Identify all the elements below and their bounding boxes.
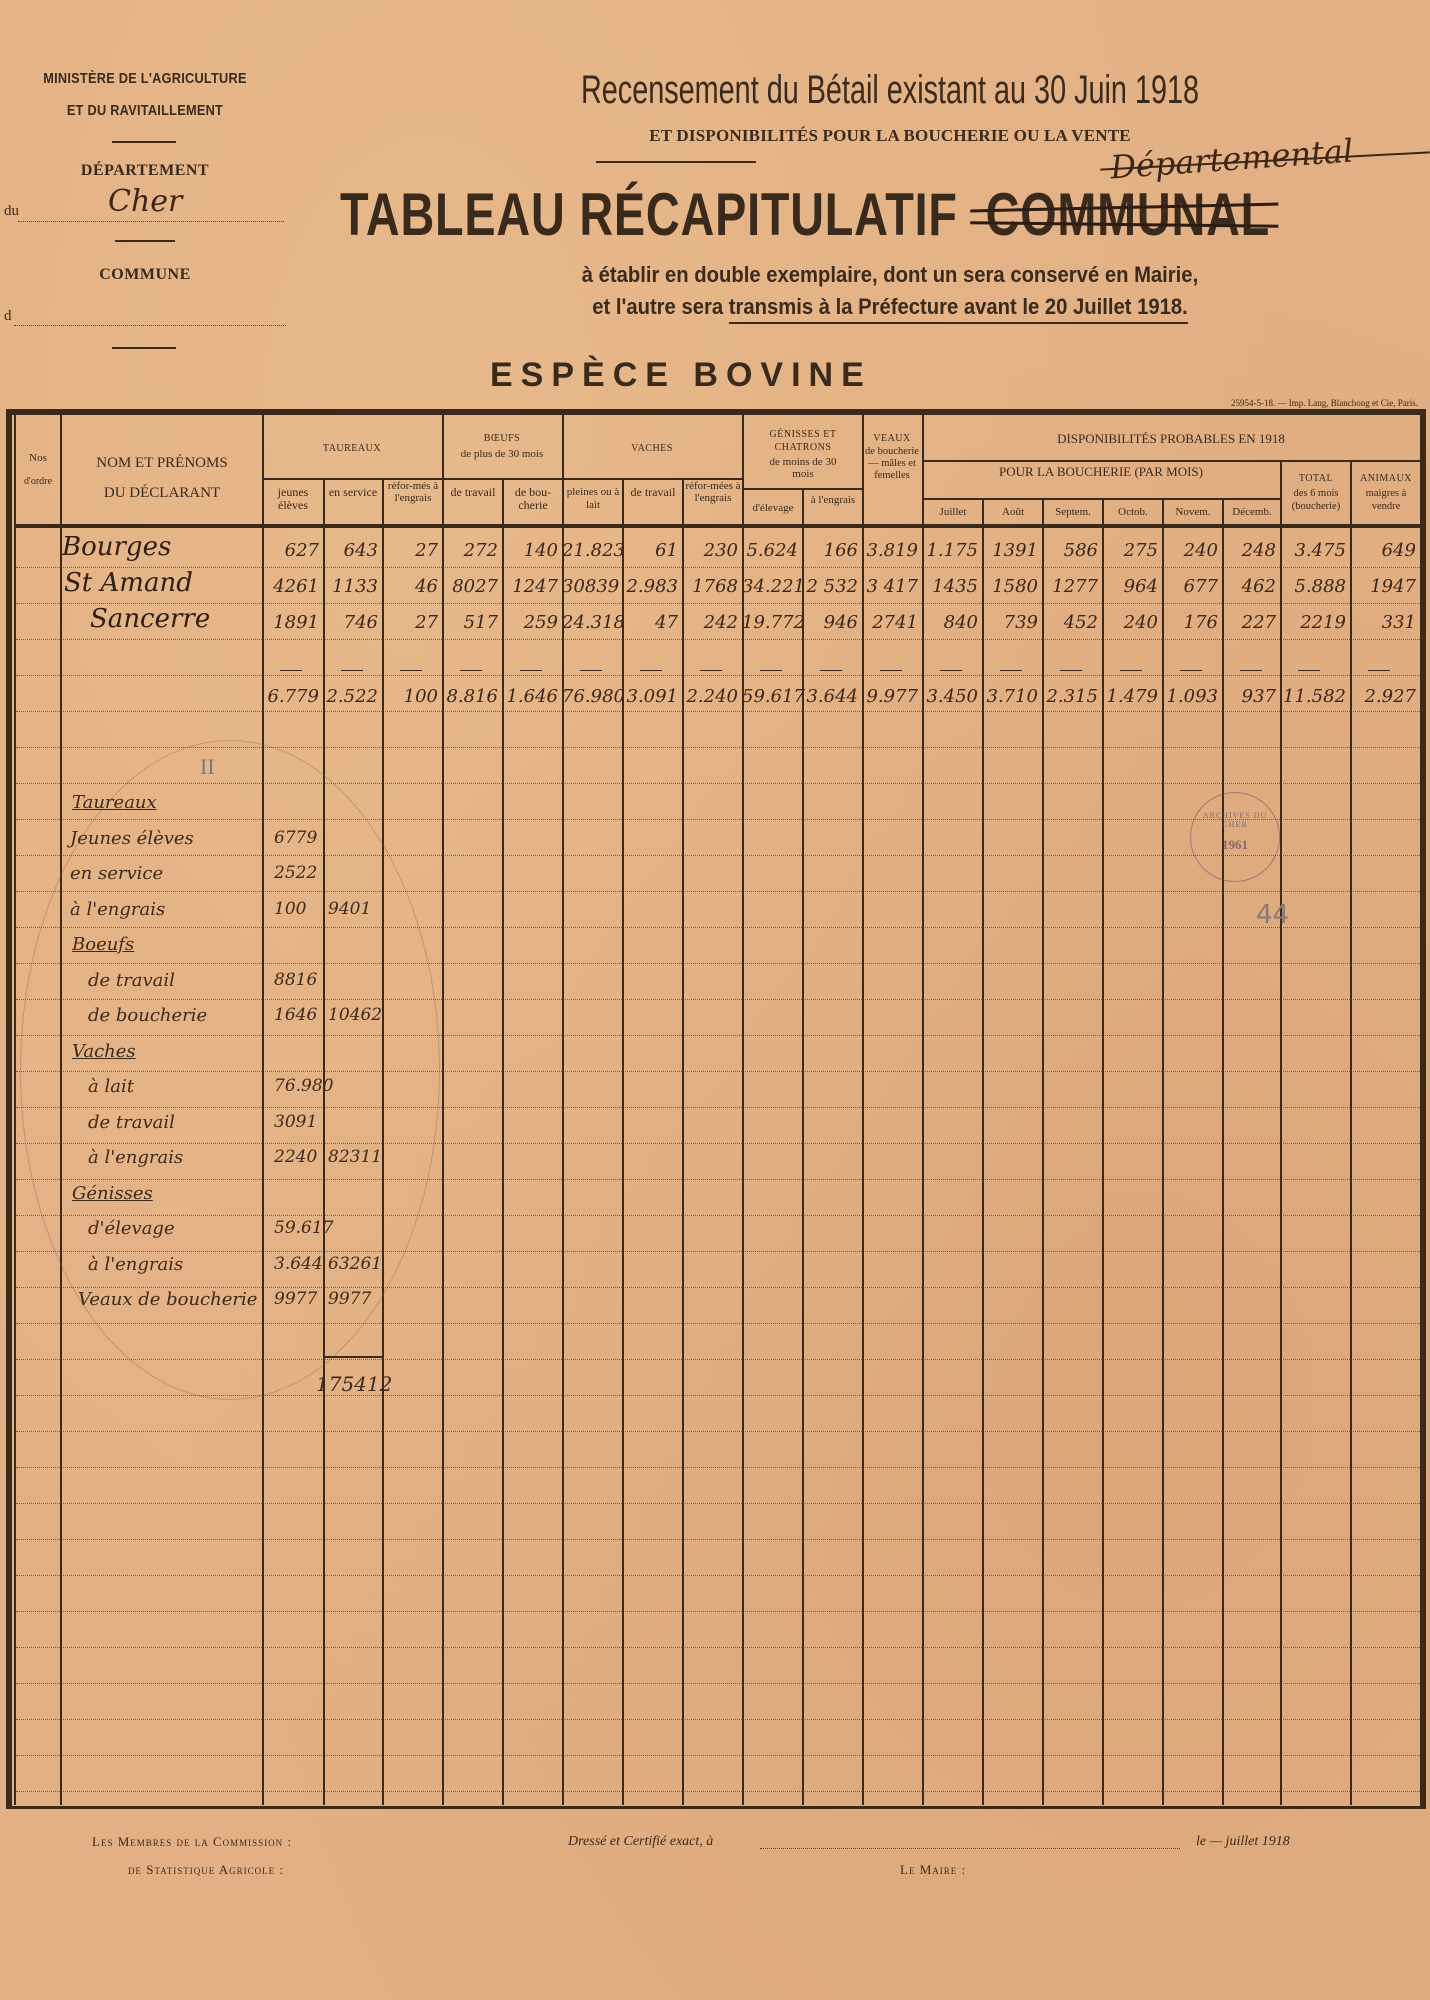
total-cell: 3.450 [922, 686, 978, 707]
col-divider [1280, 462, 1282, 1805]
total-cell: 2.240 [682, 686, 738, 707]
table-cell: 240 [1102, 612, 1158, 633]
commission-line-2: de Statistique Agricole : [128, 1862, 284, 1878]
recap-label: en service [70, 863, 163, 884]
recap-label: de boucherie [88, 1005, 207, 1026]
total-cell: 100 [382, 686, 438, 707]
table-cell: 242 [682, 612, 738, 633]
sum-dash [880, 670, 902, 671]
instruction-line-2: et l'autre sera transmis à la Préfecture… [476, 294, 1304, 320]
table-cell: 140 [502, 540, 558, 561]
row-rule [16, 1431, 1420, 1432]
table-cell: 5.888 [1280, 576, 1346, 597]
table-cell: 1133 [323, 576, 378, 597]
table-cell: 19.772 [742, 612, 798, 633]
table-cell: 248 [1222, 540, 1276, 561]
header-taureaux: TAUREAUX [262, 442, 442, 455]
header-nos-label: Nos [16, 452, 60, 465]
recap-label: de travail [88, 1112, 175, 1133]
maire-label: Le Maire : [900, 1862, 966, 1878]
certified-date: le — juillet 1918 [1196, 1834, 1290, 1850]
total-cell: 11.582 [1280, 686, 1346, 707]
recap-subtotal: 9977 [328, 1289, 371, 1309]
table-cell: 5.624 [742, 540, 798, 561]
divider [112, 347, 176, 349]
row-rule [16, 603, 1420, 604]
sum-dash [1000, 670, 1022, 671]
total-cell: 3.644 [802, 686, 858, 707]
recap-subtotal: 9401 [328, 899, 371, 919]
table-cell: 24.318 [562, 612, 618, 633]
table-cell: 61 [622, 540, 678, 561]
header-nom-line2: DU DÉCLARANT [62, 478, 262, 508]
table-cell: 2 532 [802, 576, 858, 597]
sum-dash [520, 670, 542, 671]
header-rule [922, 498, 1280, 500]
table-cell: 946 [802, 612, 858, 633]
recap-label: Taureaux [72, 792, 157, 813]
page-number: 44 [1256, 900, 1289, 930]
recap-label: Boeufs [72, 934, 134, 955]
table-cell: 739 [982, 612, 1038, 633]
total-cell: 1.479 [1102, 686, 1158, 707]
recap-value: 8816 [274, 970, 317, 990]
sum-dash [580, 670, 602, 671]
recap-value: 2240 [274, 1147, 317, 1167]
recap-value: 2522 [274, 863, 317, 883]
total-cell: 8.816 [442, 686, 498, 707]
header-dispo: DISPONIBILITÉS PROBABLES EN 1918 [922, 432, 1420, 445]
table-cell: 1947 [1350, 576, 1416, 597]
table-cell: 840 [922, 612, 978, 633]
header-month-novembre: Novem. [1164, 506, 1222, 519]
table-cell: 677 [1162, 576, 1218, 597]
table-cell: 47 [622, 612, 678, 633]
row-rule [16, 1719, 1420, 1720]
table-cell: 27 [382, 540, 438, 561]
header-month-juillet: Juillet [924, 506, 982, 519]
table-cell: 21.823 [562, 540, 618, 561]
header-bottom-rule [16, 524, 1420, 528]
table-cell: 1247 [502, 576, 558, 597]
table-cell: 1277 [1042, 576, 1098, 597]
table-cell: 649 [1350, 540, 1416, 561]
table-cell: 30839 [562, 576, 618, 597]
header-genisses-elevage: d'élevage [744, 502, 802, 515]
divider [115, 240, 175, 242]
table-cell: 462 [1222, 576, 1276, 597]
row-rule [16, 1503, 1420, 1504]
header-animaux: ANIMAUX [1352, 472, 1420, 485]
total-cell: 3.710 [982, 686, 1038, 707]
header-taureaux-service: en service [324, 486, 382, 499]
table-cell: 3.475 [1280, 540, 1346, 561]
instruction-line-2-prefix: et l'autre sera [592, 294, 728, 319]
certified-place-field[interactable] [760, 1848, 1180, 1849]
main-title: TABLEAU RÉCAPITULATIF COMMUNAL [340, 180, 1198, 249]
row-name: St Amand [64, 568, 193, 598]
recap-label: Veaux de boucherie [78, 1289, 257, 1310]
table-cell: 627 [262, 540, 319, 561]
main-title-text: TABLEAU RÉCAPITULATIF [340, 181, 958, 248]
archive-stamp: ARCHIVES DU CHER 1961 [1190, 792, 1280, 882]
table-cell: 331 [1350, 612, 1416, 633]
table-cell: 2219 [1280, 612, 1346, 633]
ministry-line-1: MINISTÈRE DE L'AGRICULTURE [22, 70, 269, 87]
total-cell: 59.617 [742, 686, 798, 707]
row-rule [16, 1791, 1420, 1792]
row-rule [16, 1575, 1420, 1576]
header-month-aout: Août [984, 506, 1042, 519]
divider [112, 141, 176, 143]
sum-dash [640, 670, 662, 671]
grand-total: 175412 [316, 1372, 392, 1396]
header-month-decembre: Décemb. [1224, 506, 1280, 519]
recap-value: 6779 [274, 828, 317, 848]
sum-dash [280, 670, 302, 671]
row-rule [16, 1467, 1420, 1468]
commission-line-1: Les Membres de la Commission : [92, 1834, 292, 1850]
recap-label: à lait [88, 1076, 134, 1097]
department-value: Cher [108, 184, 182, 219]
table-cell: 259 [502, 612, 558, 633]
department-prefix: du [4, 203, 19, 220]
col-divider [14, 415, 16, 1805]
table-cell: 517 [442, 612, 498, 633]
header-dispo-boucherie: POUR LA BOUCHERIE (PAR MOIS) [922, 465, 1280, 478]
sum-dash [1120, 670, 1142, 671]
header-vaches-reformees: réfor-mées à l'engrais [684, 480, 742, 504]
recap-label: à l'engrais [88, 1254, 183, 1275]
table-cell: 452 [1042, 612, 1098, 633]
struck-communal: COMMUNAL [986, 180, 1270, 249]
sum-dash [820, 670, 842, 671]
recap-label: d'élevage [88, 1218, 175, 1239]
row-rule [16, 1539, 1420, 1540]
sum-dash [1298, 670, 1320, 671]
recap-value: 3.644 [274, 1254, 323, 1274]
header-nos: Nos d'ordre [16, 452, 60, 488]
header-genisses: GÉNISSES ET CHATRONS [744, 428, 862, 454]
header-animaux-sub: maigres à vendre [1354, 487, 1418, 513]
recap-subtotal: 10462 [328, 1005, 382, 1025]
species-heading: ESPÈCE BOVINE [490, 356, 872, 395]
header-total: TOTAL [1282, 472, 1350, 485]
header-vaches-pleines: pleines ou à lait [564, 486, 622, 512]
total-cell: 9.977 [862, 686, 918, 707]
commune-label: COMMUNE [0, 266, 290, 284]
table-cell: 1391 [982, 540, 1038, 561]
header-month-octobre: Octob. [1104, 506, 1162, 519]
table-cell: 643 [323, 540, 378, 561]
header-genisses-sub: de moins de 30 mois [760, 456, 846, 480]
row-rule [16, 675, 1420, 676]
recap-value: 1646 [274, 1005, 317, 1025]
sum-dash [400, 670, 422, 671]
grand-total-rule [324, 1356, 382, 1358]
recap-value: 9977 [274, 1289, 317, 1309]
recap-value: 76.980 [274, 1076, 333, 1096]
table-cell: 2741 [862, 612, 918, 633]
table-cell: 4261 [262, 576, 319, 597]
row-rule [16, 1647, 1420, 1648]
col-divider [1350, 462, 1352, 1805]
department-label: DÉPARTEMENT [0, 162, 290, 180]
header-rule [922, 460, 1420, 462]
table-cell: 1768 [682, 576, 738, 597]
row-rule [16, 567, 1420, 568]
table-cell: 1891 [262, 612, 319, 633]
header-veaux-sub: de boucherie — mâles et femelles [864, 446, 920, 482]
recap-label: à l'engrais [70, 899, 165, 920]
total-cell: 937 [1222, 686, 1276, 707]
total-cell: 76.980 [562, 686, 618, 707]
stamp-text: ARCHIVES DU CHER [1191, 811, 1279, 829]
row-rule [16, 1683, 1420, 1684]
table-cell: 240 [1162, 540, 1218, 561]
sum-dash [940, 670, 962, 671]
recap-value: 3091 [274, 1112, 317, 1132]
header-boeufs-sub: de plus de 30 mois [442, 448, 562, 461]
sum-dash [460, 670, 482, 671]
table-cell: 34.221 [742, 576, 798, 597]
stamp-date: 1961 [1191, 837, 1279, 853]
header-taureaux-jeunes: jeunes élèves [264, 486, 322, 512]
table-cell: 964 [1102, 576, 1158, 597]
table-cell: 1580 [982, 576, 1038, 597]
table-cell: 275 [1102, 540, 1158, 561]
total-cell: 2.927 [1350, 686, 1416, 707]
row-rule [16, 1611, 1420, 1612]
header-month-septembre: Septem. [1044, 506, 1102, 519]
table-cell: 2.983 [622, 576, 678, 597]
sum-dash [341, 670, 363, 671]
sum-dash [1240, 670, 1262, 671]
sum-dash [1368, 670, 1390, 671]
printer-note: 25954-5-18. — Imp. Lang, Blanchong et Ci… [1231, 398, 1418, 408]
header-nom-line1: NOM ET PRÉNOMS [62, 448, 262, 478]
ministry-line-2: ET DU RAVITAILLEMENT [22, 102, 269, 119]
total-cell: 6.779 [262, 686, 319, 707]
divider [596, 161, 756, 163]
census-title: Recensement du Bétail existant au 30 Jui… [566, 68, 1214, 113]
table-cell: 746 [323, 612, 378, 633]
sum-dash [1060, 670, 1082, 671]
header-boeufs: BŒUFS [442, 432, 562, 445]
header-nos-sub: d'ordre [16, 475, 60, 488]
recap-value: 59.617 [274, 1218, 333, 1238]
table-cell: 586 [1042, 540, 1098, 561]
table-cell: 227 [1222, 612, 1276, 633]
header-vaches: VACHES [562, 442, 742, 455]
recap-label: Génisses [72, 1183, 153, 1204]
table-cell: 272 [442, 540, 498, 561]
instruction-line-1: à établir en double exemplaire, dont un … [476, 262, 1304, 288]
commune-field-line[interactable] [14, 325, 286, 326]
table-cell: 1.175 [922, 540, 978, 561]
sum-dash [700, 670, 722, 671]
header-vaches-travail: de travail [624, 486, 682, 499]
certified-label: Dressé et Certifié exact, à [568, 1834, 713, 1850]
table-cell: 230 [682, 540, 738, 561]
row-rule [16, 711, 1420, 712]
header-boeufs-travail: de travail [444, 486, 502, 499]
department-field-line [18, 221, 284, 222]
row-name: Sancerre [90, 604, 210, 634]
header-total-sub: des 6 mois (boucherie) [1284, 487, 1348, 513]
recap-label: à l'engrais [88, 1147, 183, 1168]
total-cell: 1.093 [1162, 686, 1218, 707]
header-rule [262, 478, 742, 480]
recap-subtotal: 82311 [328, 1147, 382, 1167]
header-genisses-engrais: à l'engrais [804, 494, 862, 507]
recap-label: Jeunes élèves [70, 828, 194, 849]
table-cell: 8027 [442, 576, 498, 597]
instruction-line-2-underlined: transmis à la Préfecture avant le 20 Jui… [729, 294, 1188, 324]
total-cell: 1.646 [502, 686, 558, 707]
header-nom: NOM ET PRÉNOMS DU DÉCLARANT [62, 448, 262, 508]
header-rule [742, 488, 862, 490]
header-taureaux-reformes: réfor-més à l'engrais [384, 480, 442, 504]
table-cell: 176 [1162, 612, 1218, 633]
header-veaux: VEAUX [862, 432, 922, 445]
total-cell: 2.522 [323, 686, 378, 707]
table-cell: 3.819 [862, 540, 918, 561]
table-cell: 166 [802, 540, 858, 561]
sum-dash [760, 670, 782, 671]
row-name: Bourges [62, 532, 171, 562]
table-cell: 1435 [922, 576, 978, 597]
total-cell: 2.315 [1042, 686, 1098, 707]
total-cell: 3.091 [622, 686, 678, 707]
table-cell: 3 417 [862, 576, 918, 597]
sum-dash [1180, 670, 1202, 671]
header-boeufs-boucherie: de bou-cherie [504, 486, 562, 512]
table-cell: 46 [382, 576, 438, 597]
row-rule [16, 639, 1420, 640]
row-rule [16, 1755, 1420, 1756]
commune-prefix: d [4, 308, 12, 325]
recap-value: 100 [274, 899, 306, 919]
recap-label: de travail [88, 970, 175, 991]
table-cell: 27 [382, 612, 438, 633]
recap-label: Vaches [72, 1041, 136, 1062]
recap-subtotal: 63261 [328, 1254, 382, 1274]
